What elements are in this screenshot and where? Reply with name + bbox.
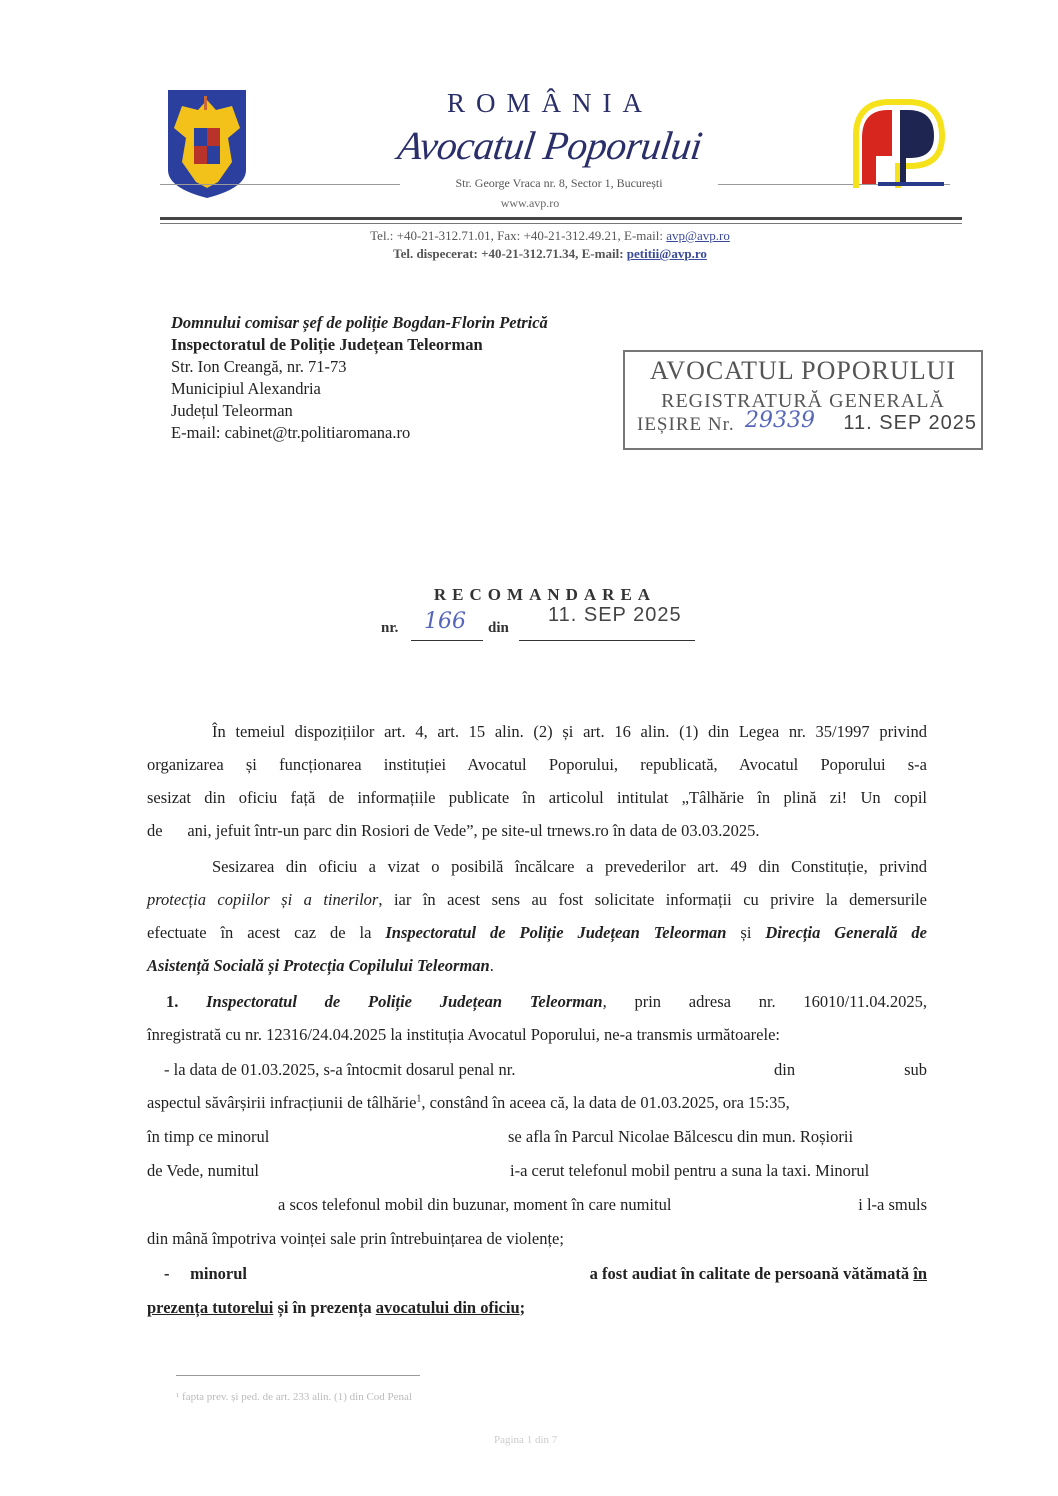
organization-name: Inspectoratul de Poliție Județean Teleor… <box>385 923 726 942</box>
text: de Vede, numitul <box>147 1161 259 1180</box>
text: , constând în aceea că, la data de 01.03… <box>421 1093 789 1112</box>
organization-name: Asistență Socială și Protecția Copilului… <box>147 956 490 975</box>
registry-stamp: AVOCATUL POPORULUI REGISTRATURĂ GENERALĂ… <box>623 350 983 450</box>
contact-dispatch: Tel. dispecerat: +40-21-312.71.34, E-mai… <box>393 246 627 261</box>
bullet-1-line-2: aspectul săvârșirii infracțiunii de tâlh… <box>147 1093 927 1113</box>
addressee-city: Municipiul Alexandria <box>171 378 321 400</box>
text: i l-a smuls <box>858 1195 927 1215</box>
text: efectuate în acest caz de la <box>147 923 385 942</box>
document-title: RECOMANDAREA <box>380 585 710 605</box>
bullet-2-line-1: - minorul a fost audiat în calitate de p… <box>164 1264 927 1284</box>
addressee-email: E-mail: cabinet@tr.politiaromana.ro <box>171 422 410 444</box>
underlined-text: în <box>913 1264 927 1283</box>
paragraph-1-line-2: organizarea și funcționarea instituției … <box>147 755 927 775</box>
stamp-date: 11. SEP 2025 <box>843 412 977 435</box>
footnote-divider <box>176 1375 420 1376</box>
text: în timp ce minorul <box>147 1127 269 1146</box>
paragraph-2-line-1: Sesizarea din oficiu a vizat o posibilă … <box>212 857 927 877</box>
paragraph-1-line-4: de ani, jefuit într-un parc din Rosiori … <box>147 821 927 841</box>
text: - minorul <box>164 1264 247 1283</box>
recommendation-number: 166 <box>424 609 466 634</box>
addressee-organization: Inspectoratul de Poliție Județean Teleor… <box>171 334 483 356</box>
organization-name: Direcția Generală de <box>765 923 927 942</box>
section-1-line-2: înregistrată cu nr. 12316/24.04.2025 la … <box>147 1025 927 1045</box>
country-heading: ROMÂNIA <box>380 88 720 119</box>
date-label: din <box>488 620 509 637</box>
recommendation-date: 11. SEP 2025 <box>548 604 682 627</box>
institution-website[interactable]: www.avp.ro <box>460 196 600 211</box>
section-number: 1. <box>166 992 178 1011</box>
email-link-avp[interactable]: avp@avp.ro <box>666 228 730 243</box>
institution-address: Str. George Vraca nr. 8, Sector 1, Bucur… <box>400 176 718 191</box>
email-link-petitii[interactable]: petitii@avp.ro <box>627 246 707 261</box>
number-underline <box>411 640 483 641</box>
bullet-2-line-2: prezența tutorelui și în prezența avocat… <box>147 1298 927 1318</box>
underlined-text: prezența tutorelui <box>147 1298 273 1317</box>
page-number: Pagina 1 din 7 <box>494 1434 557 1446</box>
text: a fost audiat în calitate de persoană vă… <box>590 1264 914 1283</box>
stamp-title: AVOCATUL POPORULUI <box>625 356 981 386</box>
addressee-name: Domnului comisar șef de poliție Bogdan-F… <box>171 312 548 334</box>
underlined-text: avocatului din oficiu <box>376 1298 520 1317</box>
text: sub <box>904 1060 927 1080</box>
text: din <box>774 1060 795 1080</box>
addressee-street: Str. Ion Creangă, nr. 71-73 <box>171 356 347 378</box>
text: a scos telefonul mobil din buzunar, mome… <box>278 1195 671 1215</box>
contact-line-2: Tel. dispecerat: +40-21-312.71.34, E-mai… <box>240 246 860 262</box>
italic-phrase: protecția copiilor și a tinerilor <box>147 890 378 909</box>
stamp-exit-number: 29339 <box>745 408 815 433</box>
organization-name: Inspectoratul de Poliție Județean Teleor… <box>206 992 602 1011</box>
paragraph-1-line-1: În temeiul dispozițiilor art. 4, art. 15… <box>212 722 927 742</box>
bullet-1-line-3: în timp ce minorul se afla în Parcul Nic… <box>147 1127 927 1147</box>
paragraph-1-line-3: sesizat din oficiu față de informațiile … <box>147 788 927 808</box>
text: , prin adresa nr. 16010/11.04.2025, <box>603 992 927 1011</box>
text: și <box>726 923 765 942</box>
paragraph-2-line-4: Asistență Socială și Protecția Copilului… <box>147 956 927 976</box>
text: aspectul săvârșirii infracțiunii de tâlh… <box>147 1093 416 1112</box>
number-label: nr. <box>381 620 398 637</box>
addressee-county: Județul Teleorman <box>171 400 293 422</box>
paragraph-2-line-3: efectuate în acest caz de la Inspectorat… <box>147 923 927 943</box>
text: se afla în Parcul Nicolae Bălcescu din m… <box>508 1127 853 1147</box>
header-rule-thick <box>160 217 962 220</box>
text: . <box>490 956 494 975</box>
bullet-1-line-1: - la data de 01.03.2025, s-a întocmit do… <box>164 1060 927 1080</box>
text: ; <box>520 1298 526 1317</box>
date-underline <box>519 640 695 641</box>
paragraph-2-line-2: protecția copiilor și a tinerilor, iar î… <box>147 890 927 910</box>
bullet-1-line-4: de Vede, numitul i-a cerut telefonul mob… <box>147 1161 927 1181</box>
contact-line-1: Tel.: +40-21-312.71.01, Fax: +40-21-312.… <box>240 228 860 244</box>
header-rule-thin <box>160 223 962 224</box>
footnote-text: ¹ fapta prev. și ped. de art. 233 alin. … <box>176 1391 412 1403</box>
avocatul-poporului-logo-icon <box>848 96 948 194</box>
stamp-exit-label: IEȘIRE Nr. <box>637 414 735 436</box>
section-1-line-1: 1. Inspectoratul de Poliție Județean Tel… <box>166 992 927 1012</box>
contact-phone-fax: Tel.: +40-21-312.71.01, Fax: +40-21-312.… <box>370 228 666 243</box>
text: i-a cerut telefonul mobil pentru a suna … <box>510 1161 869 1181</box>
institution-name: Avocatul Poporului <box>357 122 744 169</box>
text: , iar în acest sens au fost solicitate i… <box>378 890 927 909</box>
text: și în prezența <box>273 1298 375 1317</box>
text: - la data de 01.03.2025, s-a întocmit do… <box>164 1060 515 1079</box>
bullet-1-line-6: din mână împotriva voinței sale prin înt… <box>147 1229 927 1249</box>
